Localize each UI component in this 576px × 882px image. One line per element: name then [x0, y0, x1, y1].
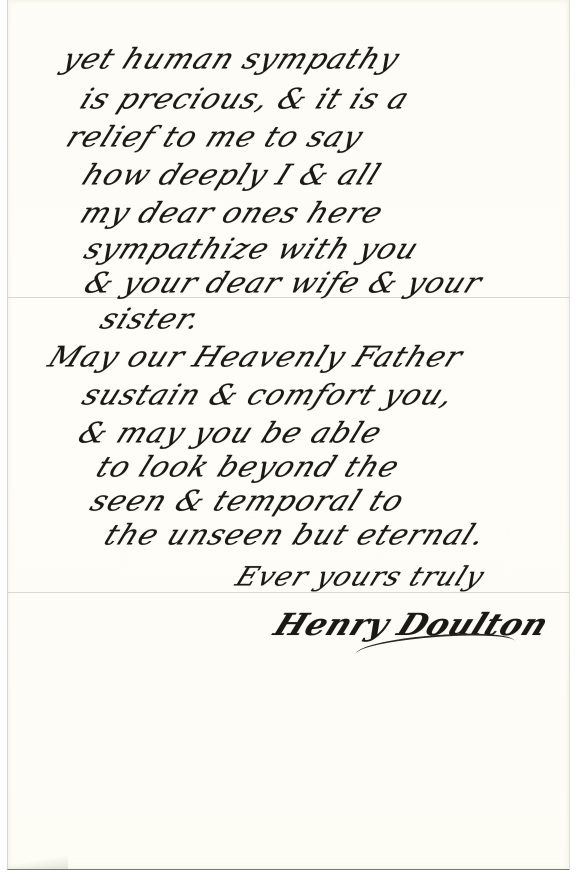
- letter-line: how deeply I & all: [78, 162, 385, 191]
- scanned-page: yet human sympathy is precious, & it is …: [0, 0, 576, 882]
- letter-line: is precious, & it is a: [76, 86, 413, 115]
- letter-line: to look beyond the: [92, 454, 404, 483]
- letter-line: sympathize with you: [80, 236, 423, 265]
- letter-line: & may you be able: [74, 420, 386, 449]
- letter-closing: Ever yours truly: [232, 563, 489, 590]
- letter-line: & your dear wife & your: [80, 270, 486, 299]
- fold-line: [8, 592, 569, 593]
- paper-corner-curl: [8, 855, 68, 869]
- letter-line: the unseen but eternal.: [100, 522, 490, 551]
- letter-line: May our Heavenly Father: [44, 344, 467, 373]
- letter-line: sustain & comfort you,: [78, 382, 459, 411]
- letter-line: my dear ones here: [76, 200, 387, 229]
- letter-line: sister.: [96, 306, 205, 335]
- letter-line: relief to me to say: [62, 124, 367, 153]
- signature: Henry Doulton: [270, 610, 553, 640]
- letter-line: yet human sympathy: [58, 46, 404, 75]
- letter-line: seen & temporal to: [86, 488, 409, 517]
